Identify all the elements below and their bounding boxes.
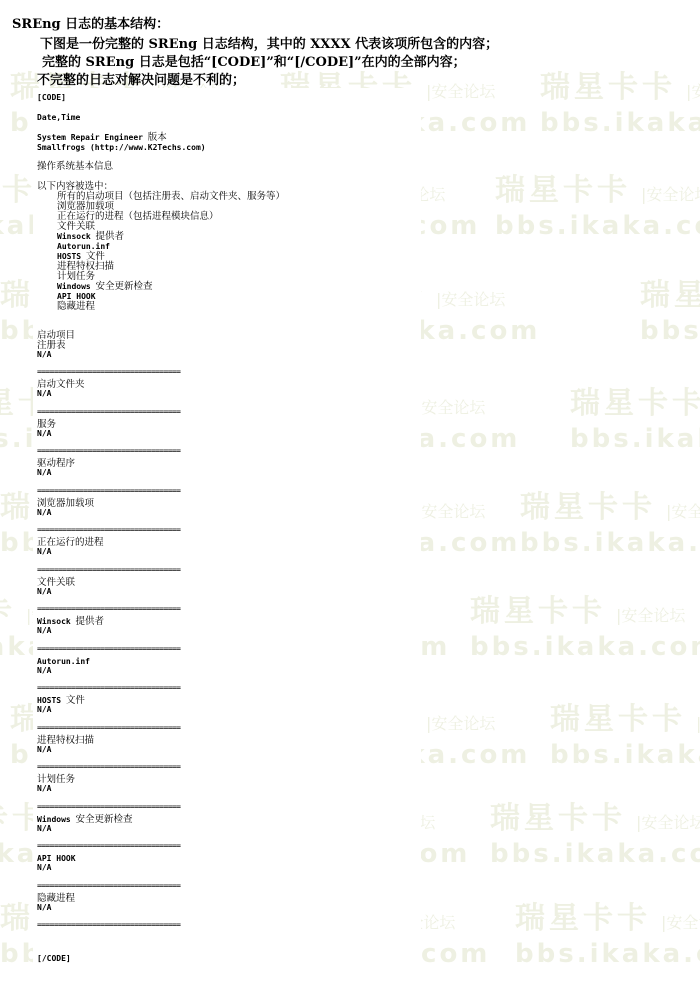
section-value: N/A <box>37 666 51 676</box>
section-value: N/A <box>37 824 51 834</box>
section-value: N/A <box>37 626 51 636</box>
section-value: N/A <box>37 784 51 794</box>
item-en: Winsock <box>57 232 91 241</box>
item-en: HOSTS <box>57 252 81 261</box>
intro-line-1: 下图是一份完整的 SREng 日志结构，其中的 XXXX 代表该项所包含的内容； <box>40 33 498 52</box>
log-os-info: 操作系统基本信息 <box>37 162 113 172</box>
selected-item: 隐藏进程 <box>57 302 95 312</box>
watermark: 瑞星卡卡|安全论坛bbs.ikaka.com <box>570 378 700 454</box>
watermark: 瑞星卡卡|安全论坛bbs.ikaka.com <box>515 893 700 969</box>
item-cn: 提供者 <box>96 231 125 242</box>
watermark: 瑞星卡卡|安全论坛bbs.ikaka.com <box>540 62 700 138</box>
code-close-tag: [/CODE] <box>37 954 71 964</box>
separator-line: ================================== <box>37 604 180 614</box>
watermark: 瑞星卡卡|安全论坛bbs.ikaka.com <box>520 482 700 558</box>
section-value: N/A <box>37 587 51 597</box>
separator-line: ================================== <box>37 841 180 851</box>
version-prefix: System Repair Engineer <box>37 133 143 142</box>
section-value: N/A <box>37 863 51 873</box>
separator-line: ================================== <box>37 920 180 930</box>
item-en: Autorun.inf <box>57 242 110 251</box>
separator-line: ================================== <box>37 881 180 891</box>
section-en: API HOOK <box>37 854 76 863</box>
separator-line: ================================== <box>37 762 180 772</box>
section-value: N/A <box>37 705 51 715</box>
section-en: Autorun.inf <box>37 657 90 666</box>
separator-line: ================================== <box>37 683 180 693</box>
log-version: System Repair Engineer 版本 <box>37 133 167 143</box>
page-title: SREng 日志的基本结构： <box>12 13 169 32</box>
section-cn: 文件 <box>66 695 85 706</box>
version-suffix: 版本 <box>148 132 167 143</box>
item-en: API HOOK <box>57 292 96 301</box>
separator-line: ================================== <box>37 802 180 812</box>
log-datetime: Date,Time <box>37 113 80 123</box>
code-open-tag: [CODE] <box>37 93 66 103</box>
watermark: 瑞星卡卡|安全论坛bbs.ikaka.com <box>550 694 700 770</box>
item-cn: 计划任务 <box>57 271 95 282</box>
section-en: Winsock <box>37 617 71 626</box>
separator-line: ================================== <box>37 446 180 456</box>
watermark: 瑞星卡卡|安全论坛bbs.ikaka.com <box>495 165 700 241</box>
section-cn: 提供者 <box>76 616 105 627</box>
separator-line: ================================== <box>37 565 180 575</box>
section-value: N/A <box>37 389 51 399</box>
section-value: N/A <box>37 468 51 478</box>
separator-line: ================================== <box>37 644 180 654</box>
selected-item: Windows 安全更新检查 <box>57 282 153 292</box>
item-cn: 隐藏进程 <box>57 301 95 312</box>
separator-line: ================================== <box>37 486 180 496</box>
section-en: Windows <box>37 815 71 824</box>
watermark: 瑞星卡卡|安全论坛bbs.ikaka.com <box>490 793 700 869</box>
separator-line: ================================== <box>37 723 180 733</box>
intro-line-3: 不完整的日志对解决问题是不利的； <box>37 69 245 88</box>
selected-item: 计划任务 <box>57 272 95 282</box>
section-en: HOSTS <box>37 696 61 705</box>
section-value: N/A <box>37 508 51 518</box>
selected-item: Winsock 提供者 <box>57 232 124 242</box>
intro-line-2: 完整的 SREng 日志是包括“[CODE]”和“[/CODE]”在内的全部内容… <box>42 51 466 70</box>
item-cn: 安全更新检查 <box>96 281 153 292</box>
separator-line: ================================== <box>37 525 180 535</box>
selected-item: 文件关联 <box>57 222 95 232</box>
separator-line: ================================== <box>37 367 180 377</box>
watermark: 瑞星卡卡|安全论坛bbs.ikaka.com <box>640 270 700 346</box>
section-value: N/A <box>37 745 51 755</box>
section-value: N/A <box>37 429 51 439</box>
separator-line: ================================== <box>37 407 180 417</box>
section-value: N/A <box>37 350 51 360</box>
section-value: N/A <box>37 903 51 913</box>
item-en: Windows <box>57 282 91 291</box>
section-value: N/A <box>37 547 51 557</box>
watermark: 瑞星卡卡|安全论坛bbs.ikaka.com <box>470 586 700 662</box>
item-cn: 文件关联 <box>57 221 95 232</box>
log-sample-image: [CODE] Date,Time System Repair Engineer … <box>33 88 421 976</box>
log-author: Smallfrogs (http://www.K2Techs.com) <box>37 143 206 153</box>
section-cn: 安全更新检查 <box>76 814 133 825</box>
